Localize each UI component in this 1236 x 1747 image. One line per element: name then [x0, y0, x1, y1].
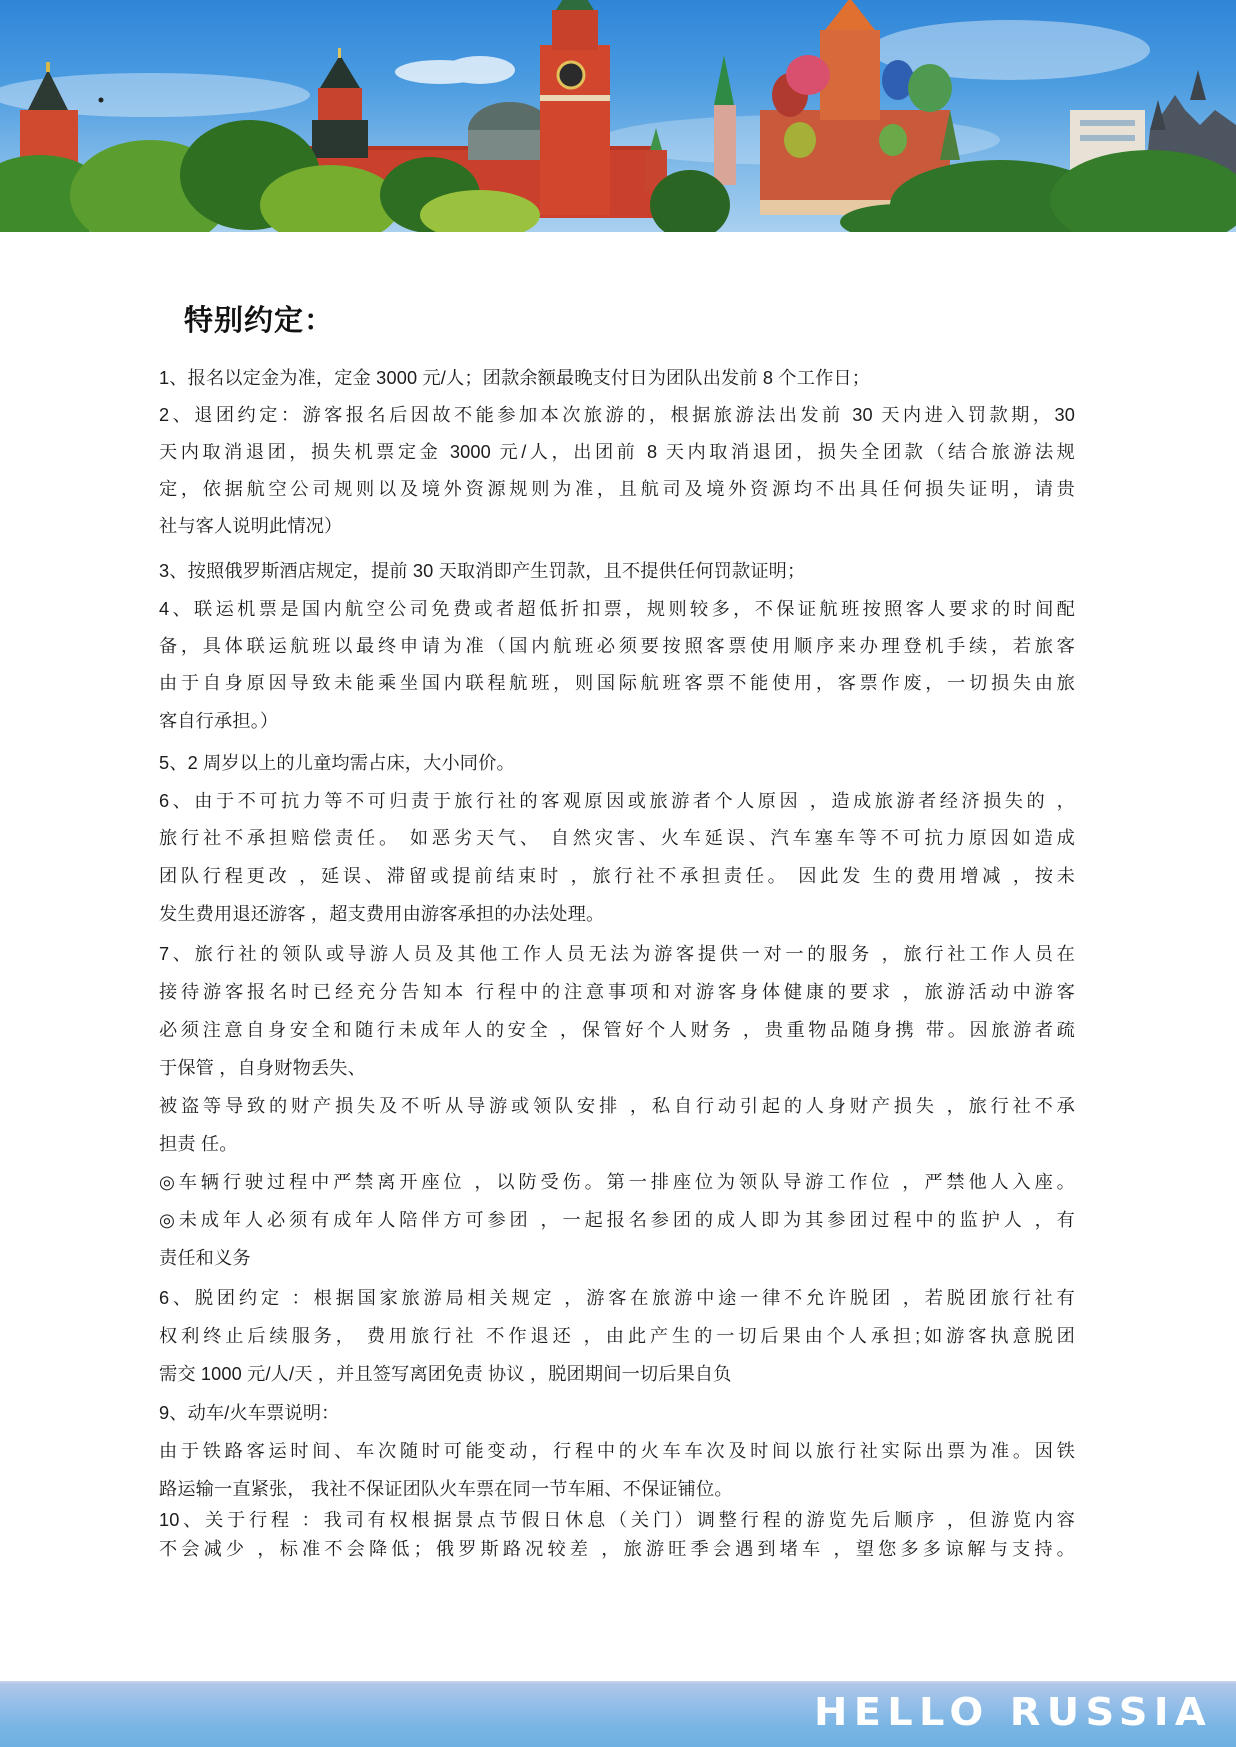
- terms-line: ◎车辆行驶过程中严禁离开座位 ，以防受伤。第一排座位为领队导游工作位 ，严禁他人…: [159, 1170, 1075, 1194]
- terms-line: 必须注意自身安全和随行未成年人的安全 ，保管好个人财务 ，贵重物品随身携 带。因…: [159, 1018, 1075, 1042]
- terms-line: 于保管 ，自身财物丢失、: [159, 1056, 1075, 1080]
- terms-line: 责任和义务: [159, 1246, 1075, 1270]
- terms-line: 1、报名以定金为准，定金 3000 元/人；团款余额最晚支付日为团队出发前 8 …: [159, 366, 1075, 390]
- terms-line: 备，具体联运航班以最终申请为准（国内航班必须要按照客票使用顺序来办理登机手续，若…: [159, 634, 1075, 658]
- moscow-skyline-illustration: [0, 0, 1236, 232]
- terms-line: 团队行程更改 ，延误、滞留或提前结束时 ，旅行社不承担责任。 因此发 生的费用增…: [159, 864, 1075, 888]
- terms-line: 5、2 周岁以上的儿童均需占床，大小同价。: [159, 751, 1075, 775]
- terms-line: 发生费用退还游客 ，超支费用由游客承担的办法处理。: [159, 902, 1075, 926]
- terms-line: 天内取消退团，损失机票定金 3000 元/人，出团前 8 天内取消退团，损失全团…: [159, 440, 1075, 464]
- terms-line: 担责 任。: [159, 1132, 1075, 1156]
- terms-line: 6、由于不可抗力等不可归责于旅行社的客观原因或旅游者个人原因 ，造成旅游者经济损…: [159, 789, 1075, 813]
- terms-line: 接待游客报名时已经充分告知本 行程中的注意事项和对游客身体健康的要求 ，旅游活动…: [159, 980, 1075, 1004]
- terms-line: 定，依据航空公司规则以及境外资源规则为准，且航司及境外资源均不出具任何损失证明，…: [159, 477, 1075, 501]
- terms-line: 路运输一直紧张， 我社不保证团队火车票在同一节车厢、不保证铺位。: [159, 1477, 1075, 1501]
- footer-title: HELLO RUSSIA: [814, 1690, 1212, 1734]
- terms-line: 需交 1000 元/人/天 ，并且签写离团免责 协议 ，脱团期间一切后果自负: [159, 1362, 1075, 1386]
- terms-line: 旅行社不承担赔偿责任。 如恶劣天气、 自然灾害、火车延误、汽车塞车等不可抗力原因…: [159, 826, 1075, 850]
- terms-line: 4、联运机票是国内航空公司免费或者超低折扣票，规则较多，不保证航班按照客人要求的…: [159, 597, 1075, 621]
- terms-line: 7、旅行社的领队或导游人员及其他工作人员无法为游客提供一对一的服务 ，旅行社工作…: [159, 942, 1075, 966]
- page-title: 特别约定：: [184, 298, 334, 339]
- terms-line: 由于自身原因导致未能乘坐国内联程航班，则国际航班客票不能使用，客票作废，一切损失…: [159, 671, 1075, 695]
- terms-line: 社与客人说明此情况）: [159, 514, 1075, 538]
- terms-line: 客自行承担。）: [159, 709, 1075, 733]
- header-banner-image: [0, 0, 1236, 232]
- terms-line: 不会减少 ，标准不会降低；俄罗斯路况较差 ，旅游旺季会遇到堵车 ，望您多多谅解与…: [159, 1537, 1075, 1561]
- terms-line: 6、脱团约定 ：根据国家旅游局相关规定 ，游客在旅游中途一律不允许脱团 ，若脱团…: [159, 1286, 1075, 1310]
- terms-line: 由于铁路客运时间、车次随时可能变动，行程中的火车车次及时间以旅行社实际出票为准。…: [159, 1439, 1075, 1463]
- terms-line: ◎未成年人必须有成年人陪伴方可参团 ，一起报名参团的成人即为其参团过程中的监护人…: [159, 1208, 1075, 1232]
- footer-banner: HELLO RUSSIA: [0, 1681, 1236, 1747]
- terms-line: 10、关于行程 ：我司有权根据景点节假日休息（关门）调整行程的游览先后顺序 ，但…: [159, 1508, 1075, 1532]
- terms-line: 3、按照俄罗斯酒店规定，提前 30 天取消即产生罚款，且不提供任何罚款证明；: [159, 559, 1075, 583]
- terms-line: 权利终止后续服务， 费用旅行社 不作退还 ，由此产生的一切后果由个人承担;如游客…: [159, 1324, 1075, 1348]
- terms-line: 被盗等导致的财产损失及不听从导游或领队安排 ，私自行动引起的人身财产损失 ，旅行…: [159, 1094, 1075, 1118]
- terms-line: 9、动车/火车票说明：: [159, 1401, 1075, 1425]
- terms-line: 2、退团约定：游客报名后因故不能参加本次旅游的，根据旅游法出发前 30 天内进入…: [159, 403, 1075, 427]
